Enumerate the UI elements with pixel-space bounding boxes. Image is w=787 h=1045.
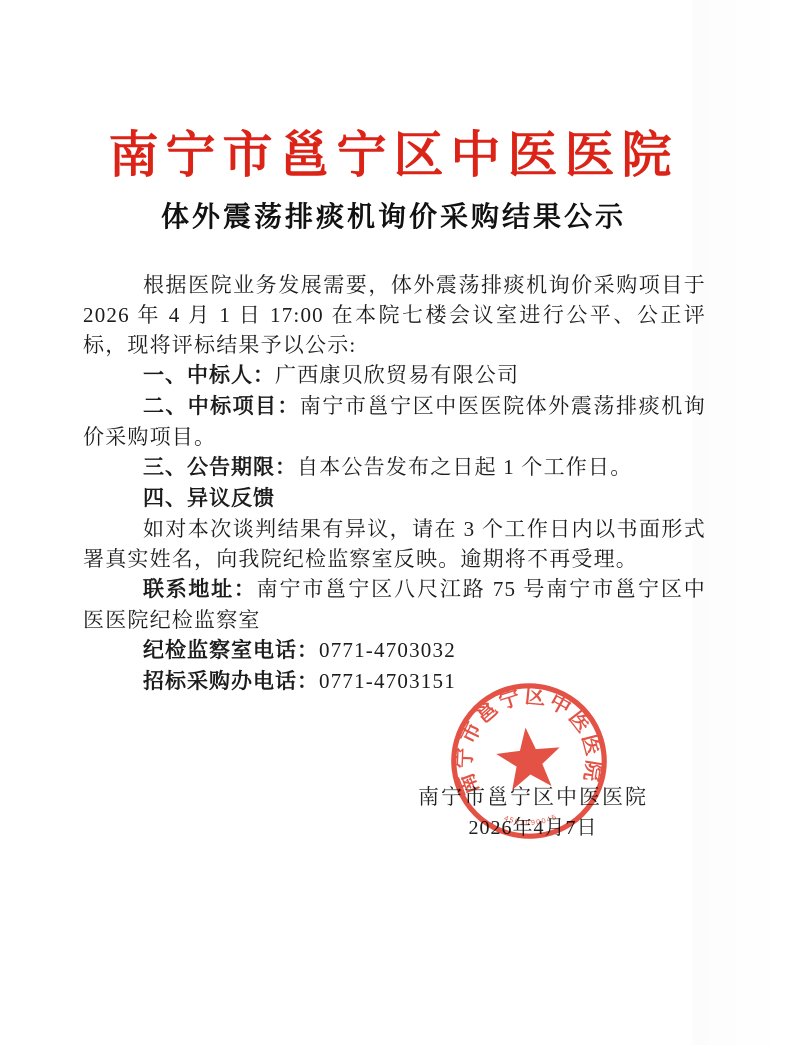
announcement-subtitle: 体外震荡排痰机询价采购结果公示 — [0, 200, 787, 236]
item-period-text: 自本公告发布之日起 1 个工作日。 — [297, 455, 632, 479]
official-seal: 南宁市邕宁区中医医院 4501090045 — [441, 673, 617, 849]
feedback-text: 如对本次谈判结果有异议，请在 3 个工作日内以书面形式署真实姓名，向我院纪检监察… — [83, 517, 706, 571]
contact-discipline-phone: 纪检监察室电话：0771-4703032 — [83, 635, 706, 666]
item-objection-label: 四、异议反馈 — [143, 487, 275, 510]
document-body: 根据医院业务发展需要，体外震荡排痰机询价采购项目于 2026 年 4 月 1 日… — [83, 270, 706, 697]
item-project-label: 二、中标项目： — [143, 395, 300, 418]
item-winner: 一、中标人：广西康贝欣贸易有限公司 — [83, 360, 706, 391]
contact-discipline-phone-label: 纪检监察室电话： — [143, 639, 319, 662]
intro-text: 根据医院业务发展需要，体外震荡排痰机询价采购项目于 2026 年 4 月 1 日… — [83, 273, 706, 357]
document-page: 南宁市邕宁区中医医院 体外震荡排痰机询价采购结果公示 根据医院业务发展需要，体外… — [0, 0, 787, 1045]
feedback-paragraph: 如对本次谈判结果有异议，请在 3 个工作日内以书面形式署真实姓名，向我院纪检监察… — [83, 514, 706, 574]
item-objection-heading: 四、异议反馈 — [83, 483, 706, 514]
intro-paragraph: 根据医院业务发展需要，体外震荡排痰机询价采购项目于 2026 年 4 月 1 日… — [83, 270, 706, 360]
seal-star-icon — [494, 724, 564, 791]
item-winner-text: 广西康贝欣贸易有限公司 — [275, 363, 519, 387]
hospital-title: 南宁市邕宁区中医医院 — [0, 126, 787, 184]
seal-code-text: 4501090045 — [502, 808, 559, 830]
item-winner-label: 一、中标人： — [143, 364, 275, 387]
contact-bidding-phone-number: 0771-4703151 — [319, 669, 456, 693]
contact-bidding-phone-label: 招标采购办电话： — [143, 670, 319, 693]
item-period-label: 三、公告期限： — [143, 456, 297, 479]
item-period: 三、公告期限：自本公告发布之日起 1 个工作日。 — [83, 452, 706, 483]
contact-discipline-phone-number: 0771-4703032 — [319, 638, 456, 662]
contact-address-label: 联系地址： — [143, 578, 257, 601]
contact-address: 联系地址：南宁市邕宁区八尺江路 75 号南宁市邕宁区中医医院纪检监察室 — [83, 574, 706, 635]
item-project: 二、中标项目：南宁市邕宁区中医医院体外震荡排痰机询价采购项目。 — [83, 391, 706, 452]
contact-bidding-phone: 招标采购办电话：0771-4703151 — [83, 666, 706, 697]
